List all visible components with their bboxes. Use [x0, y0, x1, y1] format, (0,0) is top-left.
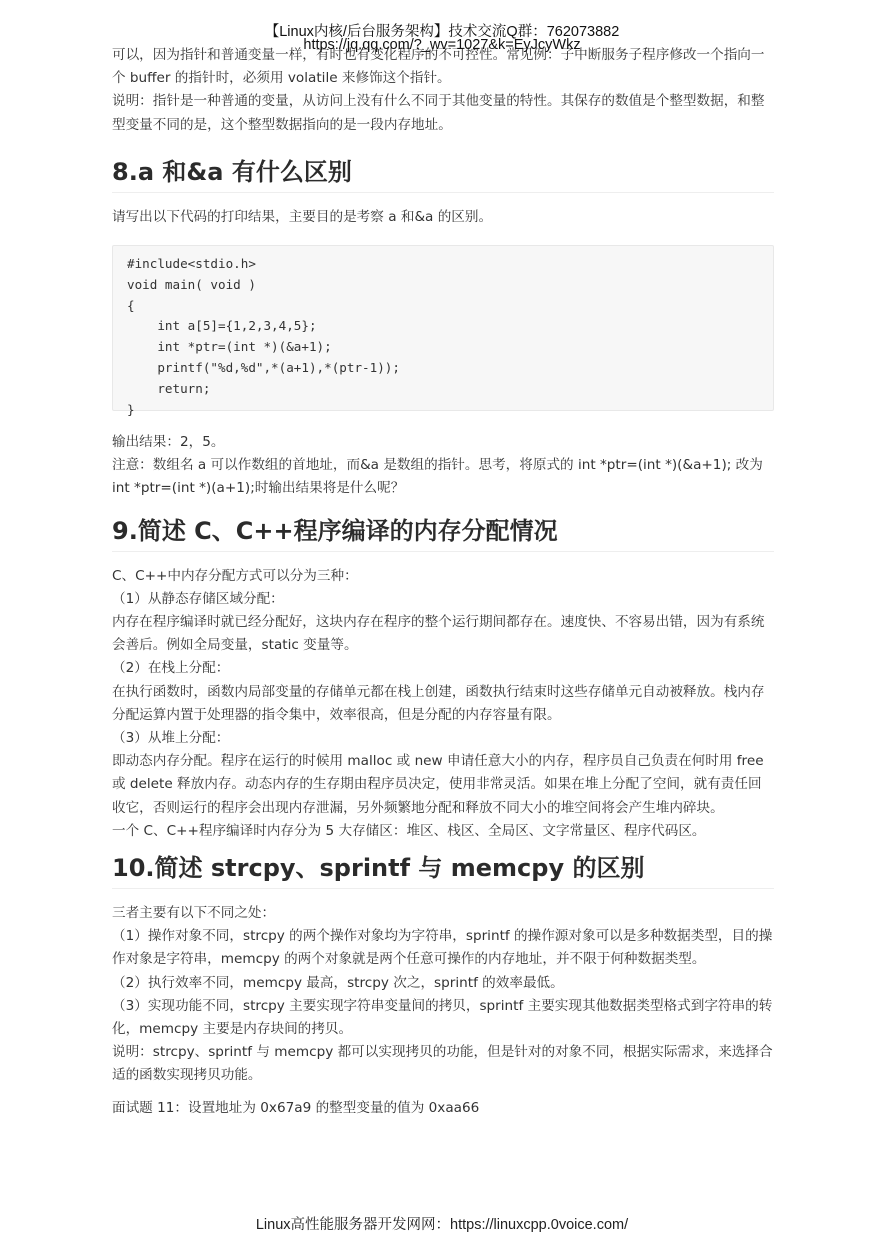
section-9-line: （3）从堆上分配： [112, 727, 774, 750]
section-11-lead: 面试题 11：设置地址为 0x67a9 的整型变量的值为 0xaa66 [112, 1097, 774, 1120]
section-9-line: 即动态内存分配。程序在运行的时候用 malloc 或 new 申请任意大小的内存… [112, 750, 774, 820]
section-8-lead: 请写出以下代码的打印结果，主要目的是考察 a 和&a 的区别。 [112, 206, 774, 229]
section-9-line: 在执行函数时，函数内局部变量的存储单元都在栈上创建，函数执行结束时这些存储单元自… [112, 681, 774, 727]
code-line: #include<stdio.h> [127, 256, 256, 271]
code-line: int *ptr=(int *)(&a+1); [127, 339, 332, 354]
section-9-line: （2）在栈上分配： [112, 657, 774, 680]
section-10-line: （3）实现功能不同，strcpy 主要实现字符串变量间的拷贝，sprintf 主… [112, 995, 774, 1041]
code-line: } [127, 402, 135, 417]
section-9-line: 内存在程序编译时就已经分配好，这块内存在程序的整个运行期间都存在。速度快、不容易… [112, 611, 774, 657]
intro-paragraph-pointer-note: 说明：指针是一种普通的变量，从访问上没有什么不同于其他变量的特性。其保存的数值是… [112, 90, 774, 136]
section-9-line: （1）从静态存储区域分配： [112, 588, 774, 611]
section-9-line: C、C++中内存分配方式可以分为三种： [112, 565, 774, 588]
watermark-url: https://jq.qq.com/?_wv=1027&k=EyJcyWkz [0, 37, 884, 53]
code-block: #include<stdio.h> void main( void ) { in… [112, 245, 774, 411]
section-10-line: （1）操作对象不同，strcpy 的两个操作对象均为字符串，sprintf 的操… [112, 925, 774, 971]
section-10-line: （2）执行效率不同，memcpy 最高，strcpy 次之，sprintf 的效… [112, 972, 774, 995]
code-line: int a[5]={1,2,3,4,5}; [127, 318, 317, 333]
section-8-result: 输出结果：2，5。 [112, 431, 774, 454]
code-line: { [127, 298, 135, 313]
page-footer: Linux高性能服务器开发网网：https://linuxcpp.0voice.… [0, 1213, 884, 1234]
code-line: void main( void ) [127, 277, 256, 292]
code-line: printf("%d,%d",*(a+1),*(ptr-1)); [127, 360, 400, 375]
section-10-line: 说明：strcpy、sprintf 与 memcpy 都可以实现拷贝的功能，但是… [112, 1041, 774, 1087]
section-8-heading: 8.a 和&a 有什么区别 [112, 156, 774, 193]
section-8-note: 注意：数组名 a 可以作数组的首地址，而&a 是数组的指针。思考，将原式的 in… [112, 454, 774, 500]
section-9-line: 一个 C、C++程序编译时内存分为 5 大存储区：堆区、栈区、全局区、文字常量区… [112, 820, 774, 843]
section-10-line: 三者主要有以下不同之处： [112, 902, 774, 925]
section-10-heading: 10.简述 strcpy、sprintf 与 memcpy 的区别 [112, 852, 774, 889]
section-9-heading: 9.简述 C、C++程序编译的内存分配情况 [112, 515, 774, 552]
code-line: return; [127, 381, 210, 396]
code-content: #include<stdio.h> void main( void ) { in… [127, 254, 759, 420]
document-body: 可以，因为指针和普通变量一样，有时也有变化程序的不可控性。常见例：子中断服务子程… [112, 44, 774, 1120]
